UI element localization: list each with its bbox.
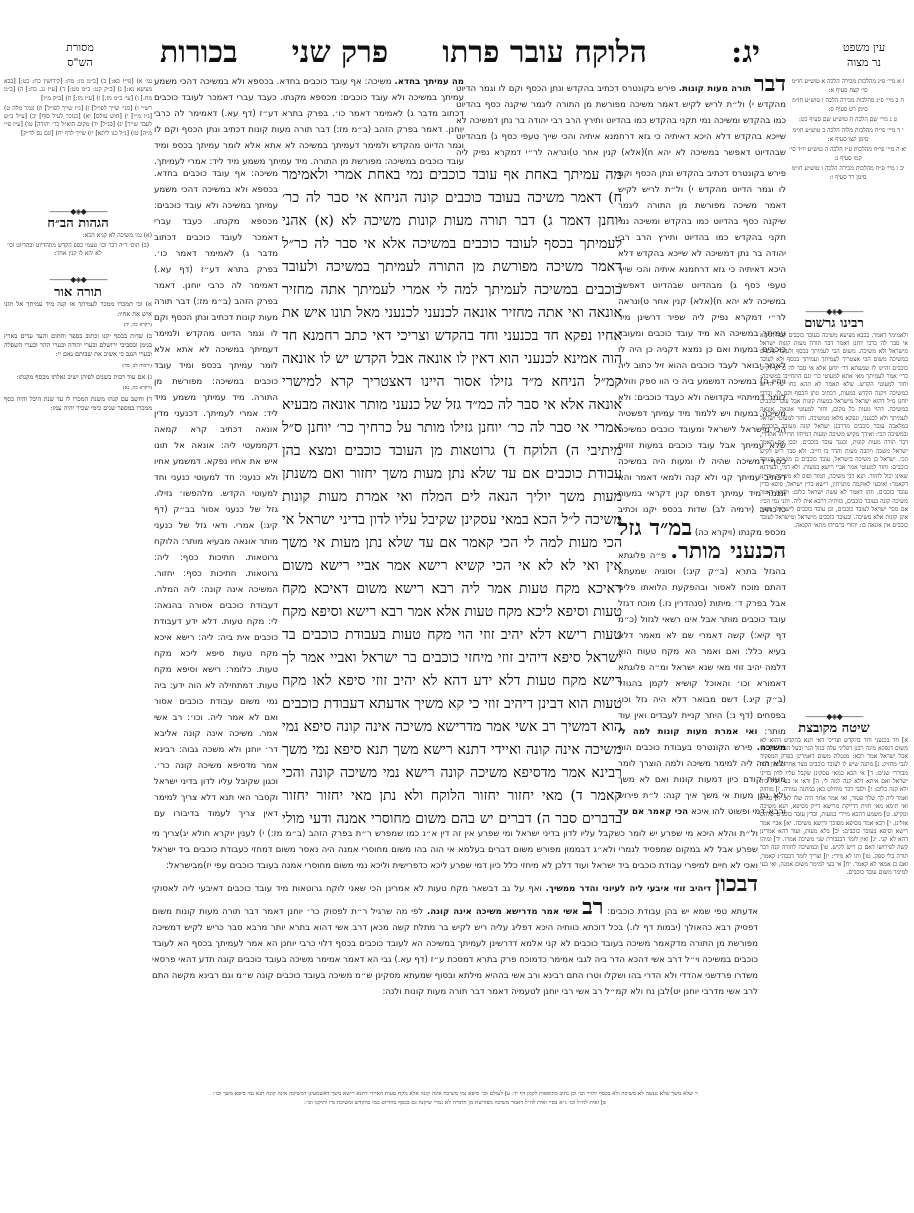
footnote-line: פ] ואית לה״ל וכו׳ ג״א בסיי ואית לה״ל דאמ…	[150, 1099, 760, 1108]
mesoret-hashas-heading: מסורת הש"ס	[40, 40, 120, 70]
tosafot-text: פירש בקונטרס דכתיב בהקדש ונתן הכסף וקם ל…	[618, 169, 786, 538]
rashi-commentary: מה עמיתך בחדא. משיכה: אף עובד כוכבים בחד…	[154, 74, 464, 166]
rashi-text: משיכה: אף עובד כוכבים בחדא. בכספא ולא במ…	[154, 77, 464, 166]
page-header: יג: הלוקח עובר פרתו פרק שני בכורות	[160, 32, 760, 72]
tosafot-dibbur-rest: דיהיב זוזי איבעי ליה לעיוני והדר ממשיך.	[546, 884, 711, 894]
ein-mishpat-entry: ז א מיי׳ פ״ג מהלכות מכירה הלכה א טוש״ע ח…	[788, 78, 908, 95]
tosafot-dibbur-rest: תורה מעות קונות.	[679, 84, 751, 94]
ein-mishpat-column: ז א מיי׳ פ״ג מהלכות מכירה הלכה א טוש״ע ח…	[788, 78, 908, 226]
rashi-text: משיכה: אף עובד כוכבים בחדא. בכספא ולא במ…	[154, 169, 278, 822]
tosafot-dibbur-opening: רב	[582, 894, 603, 920]
gemara-text: עמיתך באחת אף עובד כוכבים נמי באחת אמרי …	[282, 167, 622, 824]
hagahot-habach-column: הגהות הב״ח (א) גמ׳ משיכה לא קניא הכא: (ב…	[4, 205, 152, 273]
torah-or-verse: א) וכי תמכרו ממכר לעמיתך או קנה מיד עמית…	[4, 300, 152, 318]
tosafot-dibbur-opening: דבכון	[715, 871, 758, 897]
torah-or-column: תורה אור א) וכי תמכרו ממכר לעמיתך או קנה…	[4, 272, 152, 502]
ein-mishpat-entry: ח ב מיי׳ פ״ג מהלכות מכירה הלכה ז טוש״ע ח…	[788, 97, 908, 114]
tosafot-commentary-column: פירש בקונטרס דכתיב בהקדש ונתן הכסף וקם ל…	[618, 166, 786, 822]
torah-or-title: תורה אור	[4, 288, 152, 297]
tosafot-commentary: דבר תורה מעות קונות. פירש בקונטרס דכתיב …	[456, 74, 786, 166]
torah-or-ref: (ויקרא כה, יד)	[4, 321, 152, 330]
ein-mishpat-entry: י ד מיי׳ פי״ח מהלכות מלוה הלכה ב טוש״ע ח…	[788, 127, 908, 144]
footnote-line: ר שלא משך שלא נעשה לא משיכה ולא בכסף יחז…	[150, 1090, 760, 1099]
tosafot-text: פירש בקונטרס דכתיב בהקדש ונתן הכסף וקם ל…	[456, 84, 786, 166]
ornament-divider	[4, 208, 152, 216]
ein-mishpat-heading: עין משפט נר מצוה	[824, 40, 904, 70]
ein-mishpat-heading-line1: עין משפט	[824, 40, 904, 55]
torah-or-verse: ג) אם עוד רבות בשנים לפיהן ישיב גאלתו מכ…	[4, 373, 152, 382]
torah-or-verse: ב) שדות בכסף יקנו וכתוב בספר וחתום והעד …	[4, 332, 152, 360]
rashi-commentary-column: משיכה: אף עובד כוכבים בחדא. בכספא ולא במ…	[154, 166, 278, 822]
ein-mishpat-entry: יב ו מיי׳ פ״ח מהלכות מכירה הלכה ו טוש״ע …	[788, 165, 908, 182]
mesoret-heading-line2: הש"ס	[40, 55, 120, 70]
mesoret-entry: גמ׳ א) [פי״ז כא:] ב) [ב״מ מז: מח: [קידוש…	[4, 78, 152, 103]
ein-mishpat-entry: ט ג מיי׳ שם הלכה ח טוש״ע שם סעיף כט:	[788, 116, 908, 125]
footnotes: ר שלא משך שלא נעשה לא משיכה ולא בכסף יחז…	[150, 1090, 760, 1108]
chapter-name: הלוקח עובר פרתו	[442, 35, 647, 70]
tractate-name: בכורות	[160, 35, 238, 70]
gemara-opening-word: מה	[605, 167, 622, 183]
tosafot-text: לפי מה שרגיל ר״ת לפסוק כר׳ יוחנן דאמר דב…	[152, 907, 758, 997]
gemara-main-text: מה עמיתך באחת אף עובד כוכבים נמי באחת אמ…	[282, 164, 622, 824]
hagahot-entry: (ב) תוס׳ ד״ה דבר וכו׳ טעמי כספ הקדש מתהד…	[4, 242, 152, 259]
ein-mishpat-heading-line2: נר מצוה	[824, 55, 904, 70]
hagahot-entry: (א) גמ׳ משיכה לא קניא הכא:	[4, 232, 152, 240]
rashi-dibbur-opening: מה עמיתך בחדא.	[395, 77, 465, 87]
tosafot-text: פ״ה פלוגתא בהגזל בתרא (ב״ק קיג:) וסוגיה …	[618, 551, 786, 737]
torah-or-ref: (ויקרא כה, נא)	[4, 384, 152, 393]
tosafot-dibbur-rest: אשי אמר מדרישא משיכה אינה קונה.	[427, 907, 578, 917]
chapter-number: פרק שני	[292, 35, 388, 70]
torah-or-verse: ד) וחשב עם קנהו משנת המכרו לו עד שנת היב…	[4, 395, 152, 413]
tosafot-dibbur-opening: דבר	[754, 74, 786, 97]
daf-number: יג:	[731, 35, 760, 70]
ein-mishpat-entry: יא ה מיי׳ פי״ח מהלכות ע״ז הלכה ה טוש״ע י…	[788, 146, 908, 163]
hagahot-habach-title: הגהות הב״ח	[4, 220, 152, 228]
mesoret-hashas-column: גמ׳ א) [פי״ז כא:] ב) [ב״מ מז: מח: [קידוש…	[4, 78, 152, 198]
torah-or-ref: (ירמיה לב, מד)	[4, 362, 152, 371]
tosafot-text: ול״ת והלא היכא מי שפרע יש לומר כשקבל עלי…	[152, 829, 758, 871]
mesoret-entry: רש״י ו) [מגי׳ שייך לפו״ל] ז) [ג״ז שייך ל…	[4, 105, 152, 138]
ornament-divider	[4, 275, 152, 284]
tosafot-text: פירש הקונטרס בעבודת כוכבים הוה ולא הוה ל…	[618, 743, 786, 817]
mesoret-heading-line1: מסורת	[40, 40, 120, 55]
tosafot-lower-commentary: ול״ת והלא היכא מי שפרע יש לומר כשקבל עלי…	[152, 826, 758, 1088]
